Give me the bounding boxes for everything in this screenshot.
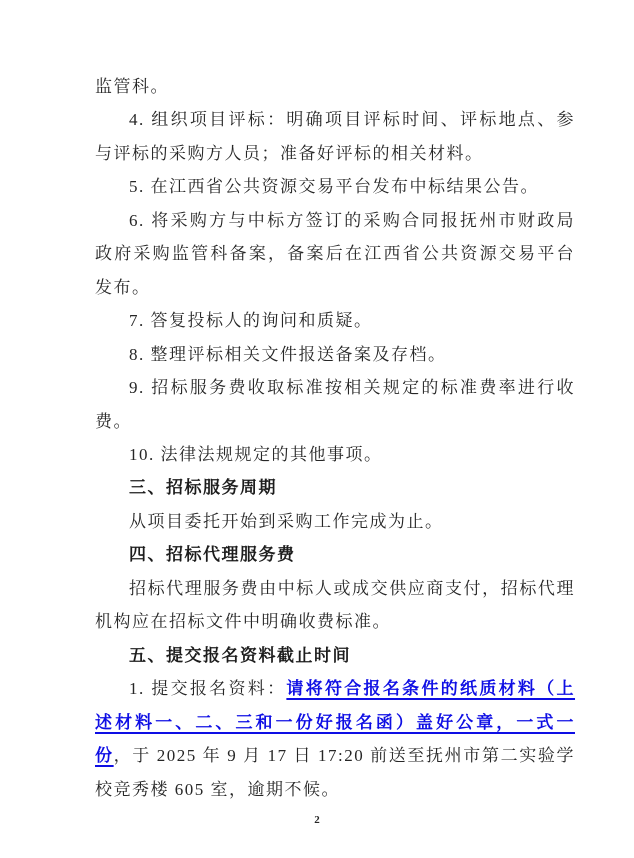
list-item-4: 4. 组织项目评标：明确项目评标时间、评标地点、参与评标的采购方人员；准备好评标… <box>95 103 575 170</box>
section-heading-5: 五、提交报名资料截止时间 <box>95 639 575 672</box>
deadline-suffix: ，于 2025 年 9 月 17 日 17:20 前送至抚州市第二实验学校竞秀楼… <box>95 746 575 798</box>
list-item-5: 5. 在江西省公共资源交易平台发布中标结果公告。 <box>95 170 575 203</box>
list-item-10: 10. 法律法规规定的其他事项。 <box>95 438 575 471</box>
section-4-body: 招标代理服务费由中标人或成交供应商支付，招标代理机构应在招标文件中明确收费标准。 <box>95 572 575 639</box>
page-number: 2 <box>0 814 634 826</box>
section-heading-3: 三、招标服务周期 <box>95 471 575 504</box>
list-item-8: 8. 整理评标相关文件报送备案及存档。 <box>95 338 575 371</box>
list-item-9: 9. 招标服务费收取标准按相关规定的标准费率进行收费。 <box>95 371 575 438</box>
paragraph-continuation: 监管科。 <box>95 70 575 103</box>
document-page: 监管科。 4. 组织项目评标：明确项目评标时间、评标地点、参与评标的采购方人员；… <box>0 0 634 858</box>
list-item-6: 6. 将采购方与中标方签订的采购合同报抚州市财政局政府采购监管科备案，备案后在江… <box>95 204 575 304</box>
list-item-7: 7. 答复投标人的询问和质疑。 <box>95 304 575 337</box>
deadline-prefix: 1. 提交报名资料： <box>129 679 286 698</box>
deadline-paragraph: 1. 提交报名资料：请将符合报名条件的纸质材料（上述材料一、二、三和一份好报名函… <box>95 672 575 806</box>
section-3-body: 从项目委托开始到采购工作完成为止。 <box>95 505 575 538</box>
section-heading-4: 四、招标代理服务费 <box>95 538 575 571</box>
